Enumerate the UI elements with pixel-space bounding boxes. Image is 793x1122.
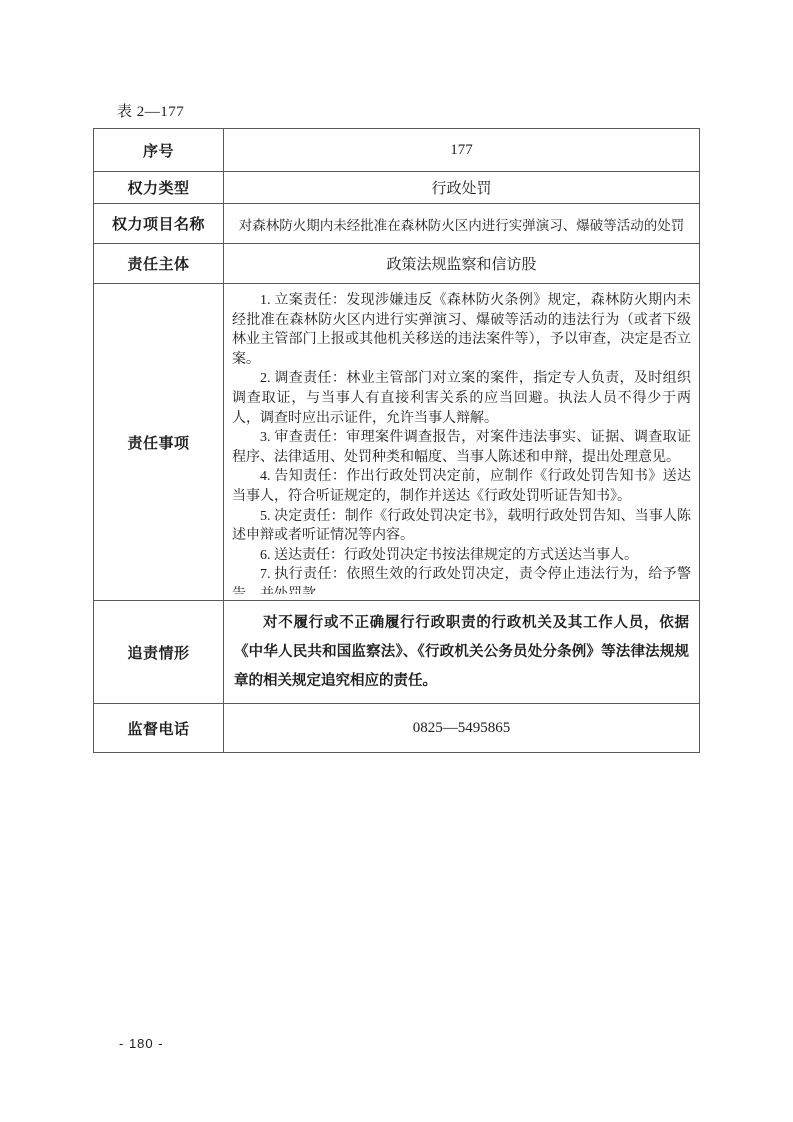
cell-accountability-situations-value: 对不履行或不正确履行行政职责的行政机关及其工作人员，依据《中华人民共和国监察法》…: [224, 601, 700, 704]
table-caption: 表 2—177: [117, 100, 184, 121]
power-responsibility-table: 序号 177 权力类型 行政处罚 权力项目名称 对森林防火期内未经批准在森林防火…: [93, 128, 700, 753]
table-row-power-type: 权力类型 行政处罚: [94, 172, 700, 204]
cell-responsible-subject-value: 政策法规监察和信访股: [224, 244, 700, 284]
row-label-responsibility-items: 责任事项: [94, 284, 224, 601]
duty-item-4: 4. 告知责任：作出行政处罚决定前，应制作《行政处罚告知书》送达当事人，符合听证…: [232, 467, 691, 506]
row-label-power-type: 权力类型: [94, 172, 224, 204]
document-page: 表 2—177 序号 177 权力类型 行政处罚 权力项目名称 对森林防火期内未…: [0, 0, 793, 1122]
duty-item-2: 2. 调查责任：林业主管部门对立案的案件，指定专人负责，及时组织调查取证，与当事…: [232, 369, 691, 428]
duty-item-7: 7. 执行责任：依照生效的行政处罚决定，责令停止违法行为，给予警告，并处罚款。: [232, 565, 691, 594]
table-row-power-item-name: 权力项目名称 对森林防火期内未经批准在森林防火区内进行实弹演习、爆破等活动的处罚: [94, 204, 700, 244]
table-row-serial-number: 序号 177: [94, 129, 700, 172]
responsibility-items-list: 1. 立案责任：发现涉嫌违反《森林防火条例》规定，森林防火期内未经批准在森林防火…: [232, 291, 691, 594]
cell-serial-number-value: 177: [224, 129, 700, 172]
accountability-text: 对不履行或不正确履行行政职责的行政机关及其工作人员，依据《中华人民共和国监察法》…: [234, 609, 689, 696]
table-row-responsible-subject: 责任主体 政策法规监察和信访股: [94, 244, 700, 284]
table-row-responsibility-items: 责任事项 1. 立案责任：发现涉嫌违反《森林防火条例》规定，森林防火期内未经批准…: [94, 284, 700, 601]
row-label-supervision-phone: 监督电话: [94, 704, 224, 753]
page-number: - 180 -: [119, 1036, 164, 1051]
duty-item-6: 6. 送达责任：行政处罚决定书按法律规定的方式送达当事人。: [232, 546, 691, 566]
duty-item-3: 3. 审查责任：审理案件调查报告，对案件违法事实、证据、调查取证程序、法律适用、…: [232, 428, 691, 467]
duty-item-1: 1. 立案责任：发现涉嫌违反《森林防火条例》规定，森林防火期内未经批准在森林防火…: [232, 291, 691, 369]
cell-power-type-value: 行政处罚: [224, 172, 700, 204]
row-label-responsible-subject: 责任主体: [94, 244, 224, 284]
duty-item-5: 5. 决定责任：制作《行政处罚决定书》，载明行政处罚告知、当事人陈述申辩或者听证…: [232, 507, 691, 546]
table-row-accountability-situations: 追责情形 对不履行或不正确履行行政职责的行政机关及其工作人员，依据《中华人民共和…: [94, 601, 700, 704]
cell-supervision-phone-value: 0825—5495865: [224, 704, 700, 753]
cell-responsibility-items-value: 1. 立案责任：发现涉嫌违反《森林防火条例》规定，森林防火期内未经批准在森林防火…: [224, 284, 700, 601]
cell-power-item-name-value: 对森林防火期内未经批准在森林防火区内进行实弹演习、爆破等活动的处罚: [224, 204, 700, 244]
row-label-serial-number: 序号: [94, 129, 224, 172]
table-row-supervision-phone: 监督电话 0825—5495865: [94, 704, 700, 753]
row-label-accountability-situations: 追责情形: [94, 601, 224, 704]
row-label-power-item-name: 权力项目名称: [94, 204, 224, 244]
